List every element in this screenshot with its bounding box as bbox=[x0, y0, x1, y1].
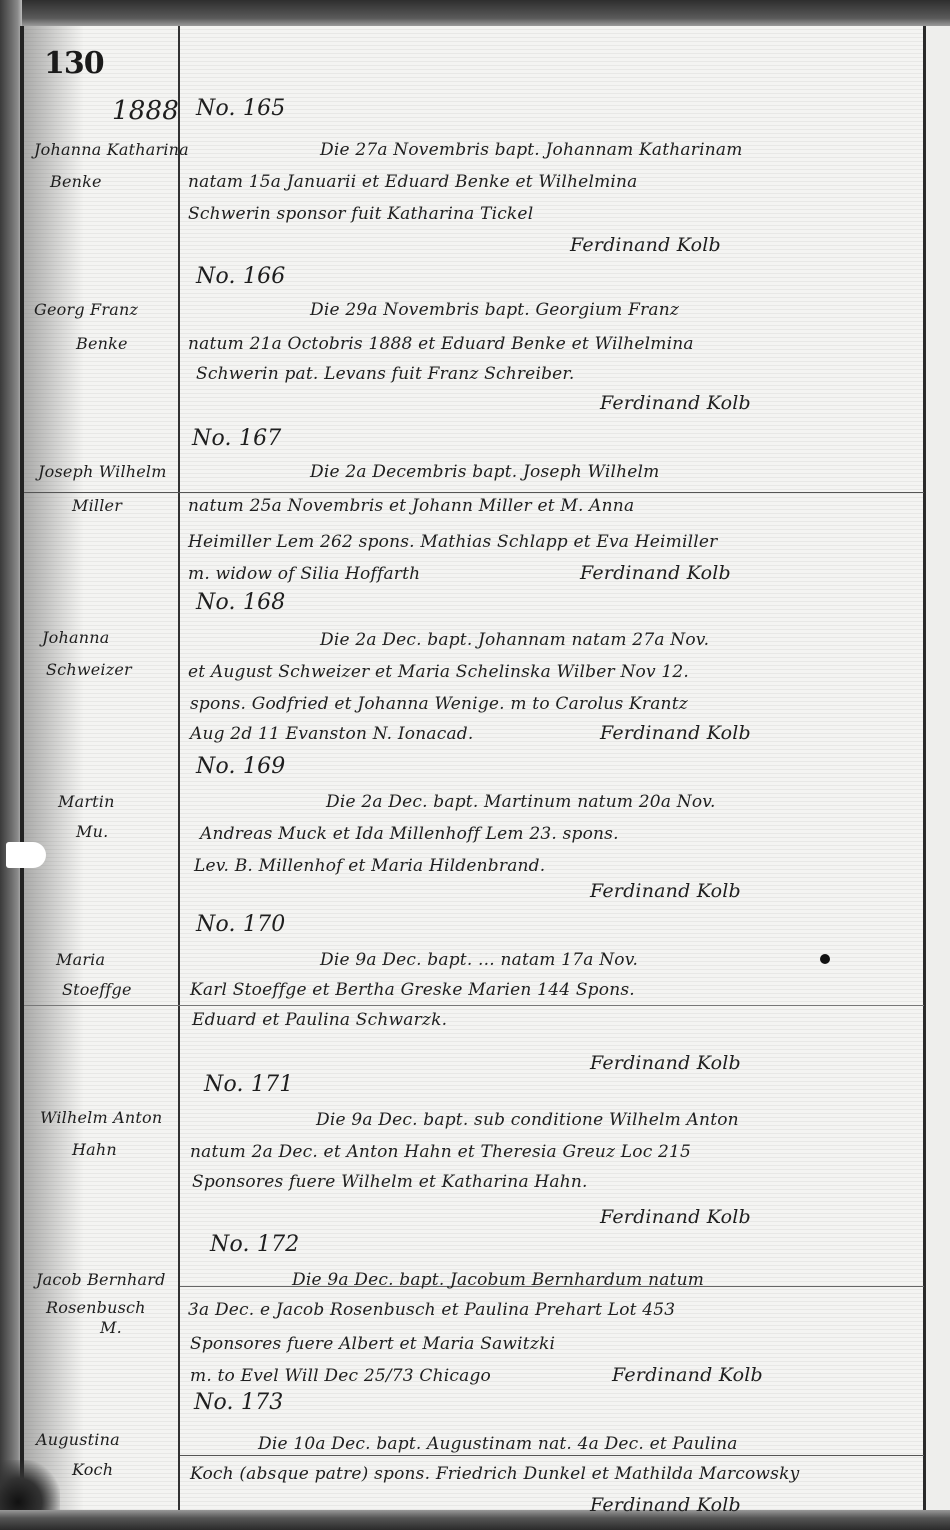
scan-top-edge bbox=[0, 0, 950, 26]
entry-line: Die 2a Dec. bapt. Johannam natam 27a Nov… bbox=[320, 630, 709, 650]
margin-surname: Benke bbox=[50, 172, 102, 191]
entry-number: No. 167 bbox=[192, 426, 282, 451]
entry-line: spons. Godfried et Johanna Wenige. m to … bbox=[190, 694, 688, 714]
entry-line: Die 9a Dec. bapt. Jacobum Bernhardum nat… bbox=[292, 1270, 704, 1290]
entry-line: Aug 2d 11 Evanston N. Ionacad. bbox=[190, 724, 473, 744]
entry-line: natum 2a Dec. et Anton Hahn et Theresia … bbox=[190, 1142, 691, 1162]
priest-signature: Ferdinand Kolb bbox=[600, 722, 751, 744]
margin-surname: Benke bbox=[76, 334, 128, 353]
entry-number: No. 166 bbox=[196, 264, 286, 289]
margin-name: Johanna bbox=[42, 628, 109, 647]
entry-line: Die 2a Dec. bapt. Martinum natum 20a Nov… bbox=[326, 792, 716, 812]
register-page: 130 1888 No. 165 Johanna Katharina Benke… bbox=[0, 0, 950, 1530]
entry-line: Die 27a Novembris bapt. Johannam Kathari… bbox=[320, 140, 743, 160]
priest-signature: Ferdinand Kolb bbox=[590, 1052, 741, 1074]
entry-line: m. widow of Silia Hoffarth bbox=[188, 564, 420, 584]
entry-line: Eduard et Paulina Schwarzk. bbox=[192, 1010, 447, 1030]
entry-number: No. 170 bbox=[196, 912, 286, 937]
priest-signature: Ferdinand Kolb bbox=[590, 880, 741, 902]
entry-number: No. 165 bbox=[196, 96, 286, 121]
priest-signature: Ferdinand Kolb bbox=[570, 234, 721, 256]
entry-line: Heimiller Lem 262 spons. Mathias Schlapp… bbox=[188, 532, 717, 552]
entry-line: Sponsores fuere Albert et Maria Sawitzki bbox=[190, 1334, 555, 1354]
marriage-annotation: m. to Evel Will Dec 25/73 Chicago bbox=[190, 1366, 491, 1386]
entry-line: Schwerin sponsor fuit Katharina Tickel bbox=[188, 204, 533, 224]
margin-surname: Schweizer bbox=[46, 660, 132, 679]
entry-line: Die 10a Dec. bapt. Augustinam nat. 4a De… bbox=[258, 1434, 738, 1454]
margin-name: Joseph Wilhelm bbox=[38, 462, 167, 481]
scan-bottom-edge bbox=[0, 1510, 950, 1530]
entry-line: natum 21a Octobris 1888 et Eduard Benke … bbox=[188, 334, 694, 354]
priest-signature: Ferdinand Kolb bbox=[612, 1364, 763, 1386]
entry-line: natam 15a Januarii et Eduard Benke et Wi… bbox=[188, 172, 638, 192]
register-year: 1888 bbox=[112, 96, 179, 126]
entry-line: Lev. B. Millenhof et Maria Hildenbrand. bbox=[194, 856, 545, 876]
margin-surname: Stoeffge bbox=[62, 980, 132, 999]
entry-line: Andreas Muck et Ida Millenhoff Lem 23. s… bbox=[200, 824, 619, 844]
entry-line: Schwerin pat. Levans fuit Franz Schreibe… bbox=[196, 364, 575, 384]
page-number: 130 bbox=[44, 46, 104, 81]
entry-separator-rule bbox=[180, 1455, 924, 1456]
priest-signature: Ferdinand Kolb bbox=[580, 562, 731, 584]
entry-line: 3a Dec. e Jacob Rosenbusch et Paulina Pr… bbox=[188, 1300, 675, 1320]
priest-signature: Ferdinand Kolb bbox=[600, 1206, 751, 1228]
priest-signature: Ferdinand Kolb bbox=[600, 392, 751, 414]
margin-name: Wilhelm Anton bbox=[40, 1108, 162, 1127]
margin-surname: Koch bbox=[72, 1460, 113, 1479]
entry-line: Die 9a Dec. bapt. sub conditione Wilhelm… bbox=[316, 1110, 739, 1130]
margin-surname: Hahn bbox=[72, 1140, 117, 1159]
ink-blot bbox=[820, 954, 830, 964]
margin-annotation: M. bbox=[100, 1318, 122, 1337]
margin-surname: Miller bbox=[72, 496, 122, 515]
priest-signature: Ferdinand Kolb bbox=[590, 1494, 741, 1516]
entry-line: Die 2a Decembris bapt. Joseph Wilhelm bbox=[310, 462, 659, 482]
margin-column-rule bbox=[178, 26, 180, 1510]
margin-name: Johanna Katharina bbox=[34, 140, 189, 159]
book-binding bbox=[0, 0, 22, 1530]
paper-tear bbox=[6, 842, 46, 868]
margin-surname: Mu. bbox=[76, 822, 108, 841]
margin-surname: Rosenbusch bbox=[46, 1298, 146, 1317]
entry-number: No. 169 bbox=[196, 754, 286, 779]
entry-number: No. 168 bbox=[196, 590, 286, 615]
entry-line: Koch (absque patre) spons. Friedrich Dun… bbox=[190, 1464, 799, 1484]
right-margin-strip bbox=[926, 26, 950, 1510]
margin-name: Jacob Bernhard bbox=[36, 1270, 166, 1289]
entry-line: et August Schweizer et Maria Schelinska … bbox=[188, 662, 689, 682]
entry-line: Die 29a Novembris bapt. Georgium Franz bbox=[310, 300, 679, 320]
entry-line: Karl Stoeffge et Bertha Greske Marien 14… bbox=[190, 980, 635, 1000]
entry-separator-rule bbox=[24, 492, 924, 493]
margin-name: Martin bbox=[58, 792, 115, 811]
entry-number: No. 173 bbox=[194, 1390, 284, 1415]
entry-separator-rule bbox=[24, 1005, 924, 1006]
margin-name: Maria bbox=[56, 950, 105, 969]
entry-number: No. 171 bbox=[204, 1072, 294, 1097]
entry-line: Sponsores fuere Wilhelm et Katharina Hah… bbox=[192, 1172, 588, 1192]
entry-line: natum 25a Novembris et Johann Miller et … bbox=[188, 496, 634, 516]
margin-name: Augustina bbox=[36, 1430, 120, 1449]
entry-number: No. 172 bbox=[210, 1232, 300, 1257]
margin-name: Georg Franz bbox=[34, 300, 138, 319]
entry-line: Die 9a Dec. bapt. ... natam 17a Nov. bbox=[320, 950, 638, 970]
